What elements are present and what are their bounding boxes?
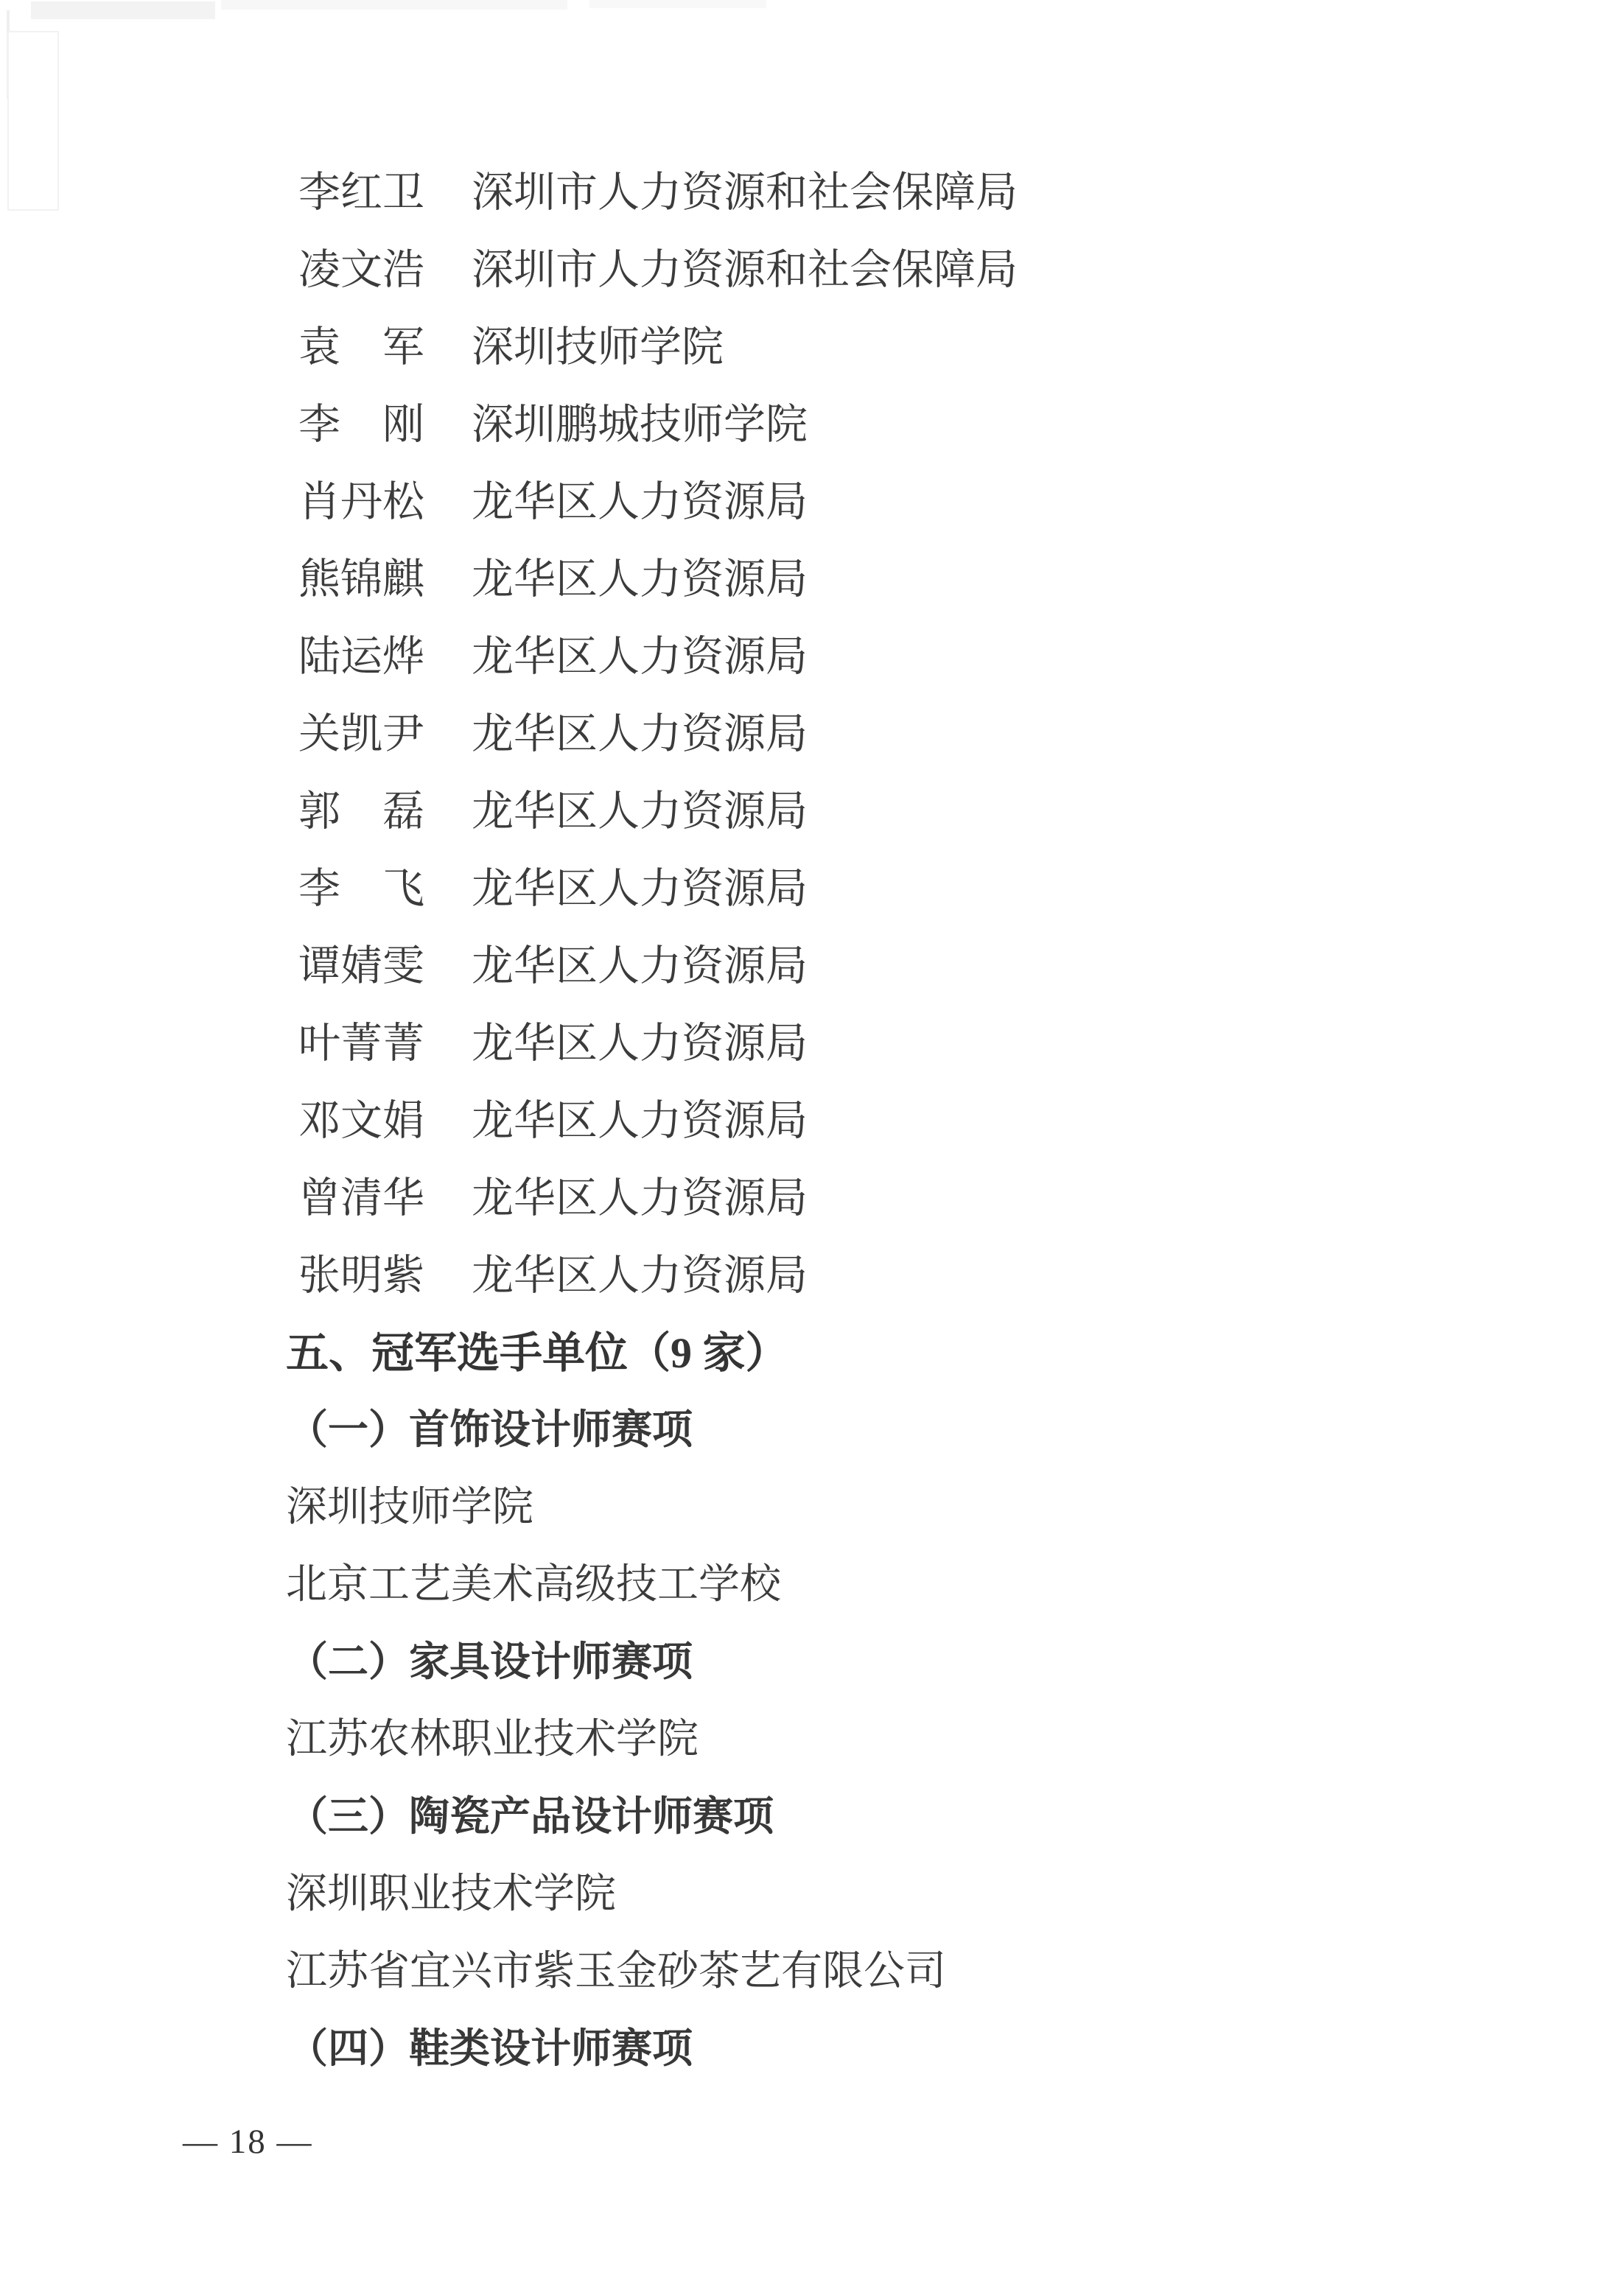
roster-row: 郭 磊龙华区人力资源局 <box>0 768 1624 846</box>
person-name: 李 刚 <box>298 390 472 451</box>
roster-row: 张明紫龙华区人力资源局 <box>0 1233 1624 1310</box>
person-org: 深圳技师学院 <box>472 313 724 374</box>
person-name: 邓文娟 <box>298 1087 472 1147</box>
person-org: 龙华区人力资源局 <box>472 1087 808 1147</box>
roster-row: 肖丹松龙华区人力资源局 <box>0 459 1624 536</box>
person-org: 深圳市人力资源和社会保障局 <box>472 158 1018 219</box>
document-body: 李红卫深圳市人力资源和社会保障局 凌文浩深圳市人力资源和社会保障局 袁 军深圳技… <box>0 150 1624 2084</box>
person-org: 龙华区人力资源局 <box>472 932 808 992</box>
scan-smudge-artifact <box>31 1 215 19</box>
person-org: 龙华区人力资源局 <box>472 545 808 606</box>
roster-row: 关凯尹龙华区人力资源局 <box>0 691 1624 768</box>
roster-row: 凌文浩深圳市人力资源和社会保障局 <box>0 227 1624 304</box>
subsection-heading: （二）家具设计师赛项 <box>0 1619 1624 1697</box>
roster-row: 熊锦麒龙华区人力资源局 <box>0 536 1624 614</box>
winner-unit: 深圳技师学院 <box>0 1465 1624 1542</box>
roster-row: 李 刚深圳鹏城技师学院 <box>0 382 1624 459</box>
roster-row: 叶菁菁龙华区人力资源局 <box>0 1001 1624 1078</box>
person-org: 龙华区人力资源局 <box>472 700 808 760</box>
subsection-heading: （四）鞋类设计师赛项 <box>0 2006 1624 2084</box>
roster-row: 邓文娟龙华区人力资源局 <box>0 1078 1624 1155</box>
winner-unit: 江苏农林职业技术学院 <box>0 1697 1624 1774</box>
roster-row: 谭婧雯龙华区人力资源局 <box>0 923 1624 1001</box>
person-name: 叶菁菁 <box>298 1009 472 1070</box>
roster-row: 曾清华龙华区人力资源局 <box>0 1155 1624 1233</box>
person-name: 曾清华 <box>298 1164 472 1224</box>
person-org: 深圳市人力资源和社会保障局 <box>472 236 1018 296</box>
roster-row: 李红卫深圳市人力资源和社会保障局 <box>0 150 1624 227</box>
roster-row: 陆运烨龙华区人力资源局 <box>0 614 1624 691</box>
scan-edge-artifact <box>7 10 10 99</box>
person-name: 关凯尹 <box>298 700 472 760</box>
scan-smudge-artifact <box>589 0 766 8</box>
person-name: 陆运烨 <box>298 623 472 683</box>
person-org: 龙华区人力资源局 <box>472 1241 808 1302</box>
document-page: 李红卫深圳市人力资源和社会保障局 凌文浩深圳市人力资源和社会保障局 袁 军深圳技… <box>0 0 1624 2295</box>
page-number: — 18 — <box>183 2122 313 2162</box>
person-org: 龙华区人力资源局 <box>472 777 808 838</box>
winner-unit: 江苏省宜兴市紫玉金砂茶艺有限公司 <box>0 1929 1624 2006</box>
person-org: 龙华区人力资源局 <box>472 1009 808 1070</box>
person-name: 凌文浩 <box>298 236 472 296</box>
roster-row: 李 飞龙华区人力资源局 <box>0 846 1624 923</box>
person-name: 李 飞 <box>298 855 472 915</box>
person-name: 张明紫 <box>298 1241 472 1302</box>
subsection-heading: （一）首饰设计师赛项 <box>0 1387 1624 1465</box>
winner-unit: 北京工艺美术高级技工学校 <box>0 1542 1624 1619</box>
person-org: 龙华区人力资源局 <box>472 623 808 683</box>
person-name: 李红卫 <box>298 158 472 219</box>
subsection-heading: （三）陶瓷产品设计师赛项 <box>0 1774 1624 1851</box>
scan-smudge-artifact <box>221 0 567 10</box>
person-name: 熊锦麒 <box>298 545 472 606</box>
section-heading: 五、冠军选手单位（9 家） <box>0 1310 1624 1387</box>
person-org: 龙华区人力资源局 <box>472 1164 808 1224</box>
roster-row: 袁 军深圳技师学院 <box>0 304 1624 382</box>
person-name: 谭婧雯 <box>298 932 472 992</box>
person-org: 龙华区人力资源局 <box>472 855 808 915</box>
person-name: 肖丹松 <box>298 468 472 528</box>
person-name: 郭 磊 <box>298 777 472 838</box>
winner-unit: 深圳职业技术学院 <box>0 1851 1624 1929</box>
person-org: 龙华区人力资源局 <box>472 468 808 528</box>
person-org: 深圳鹏城技师学院 <box>472 390 808 451</box>
person-name: 袁 军 <box>298 313 472 374</box>
